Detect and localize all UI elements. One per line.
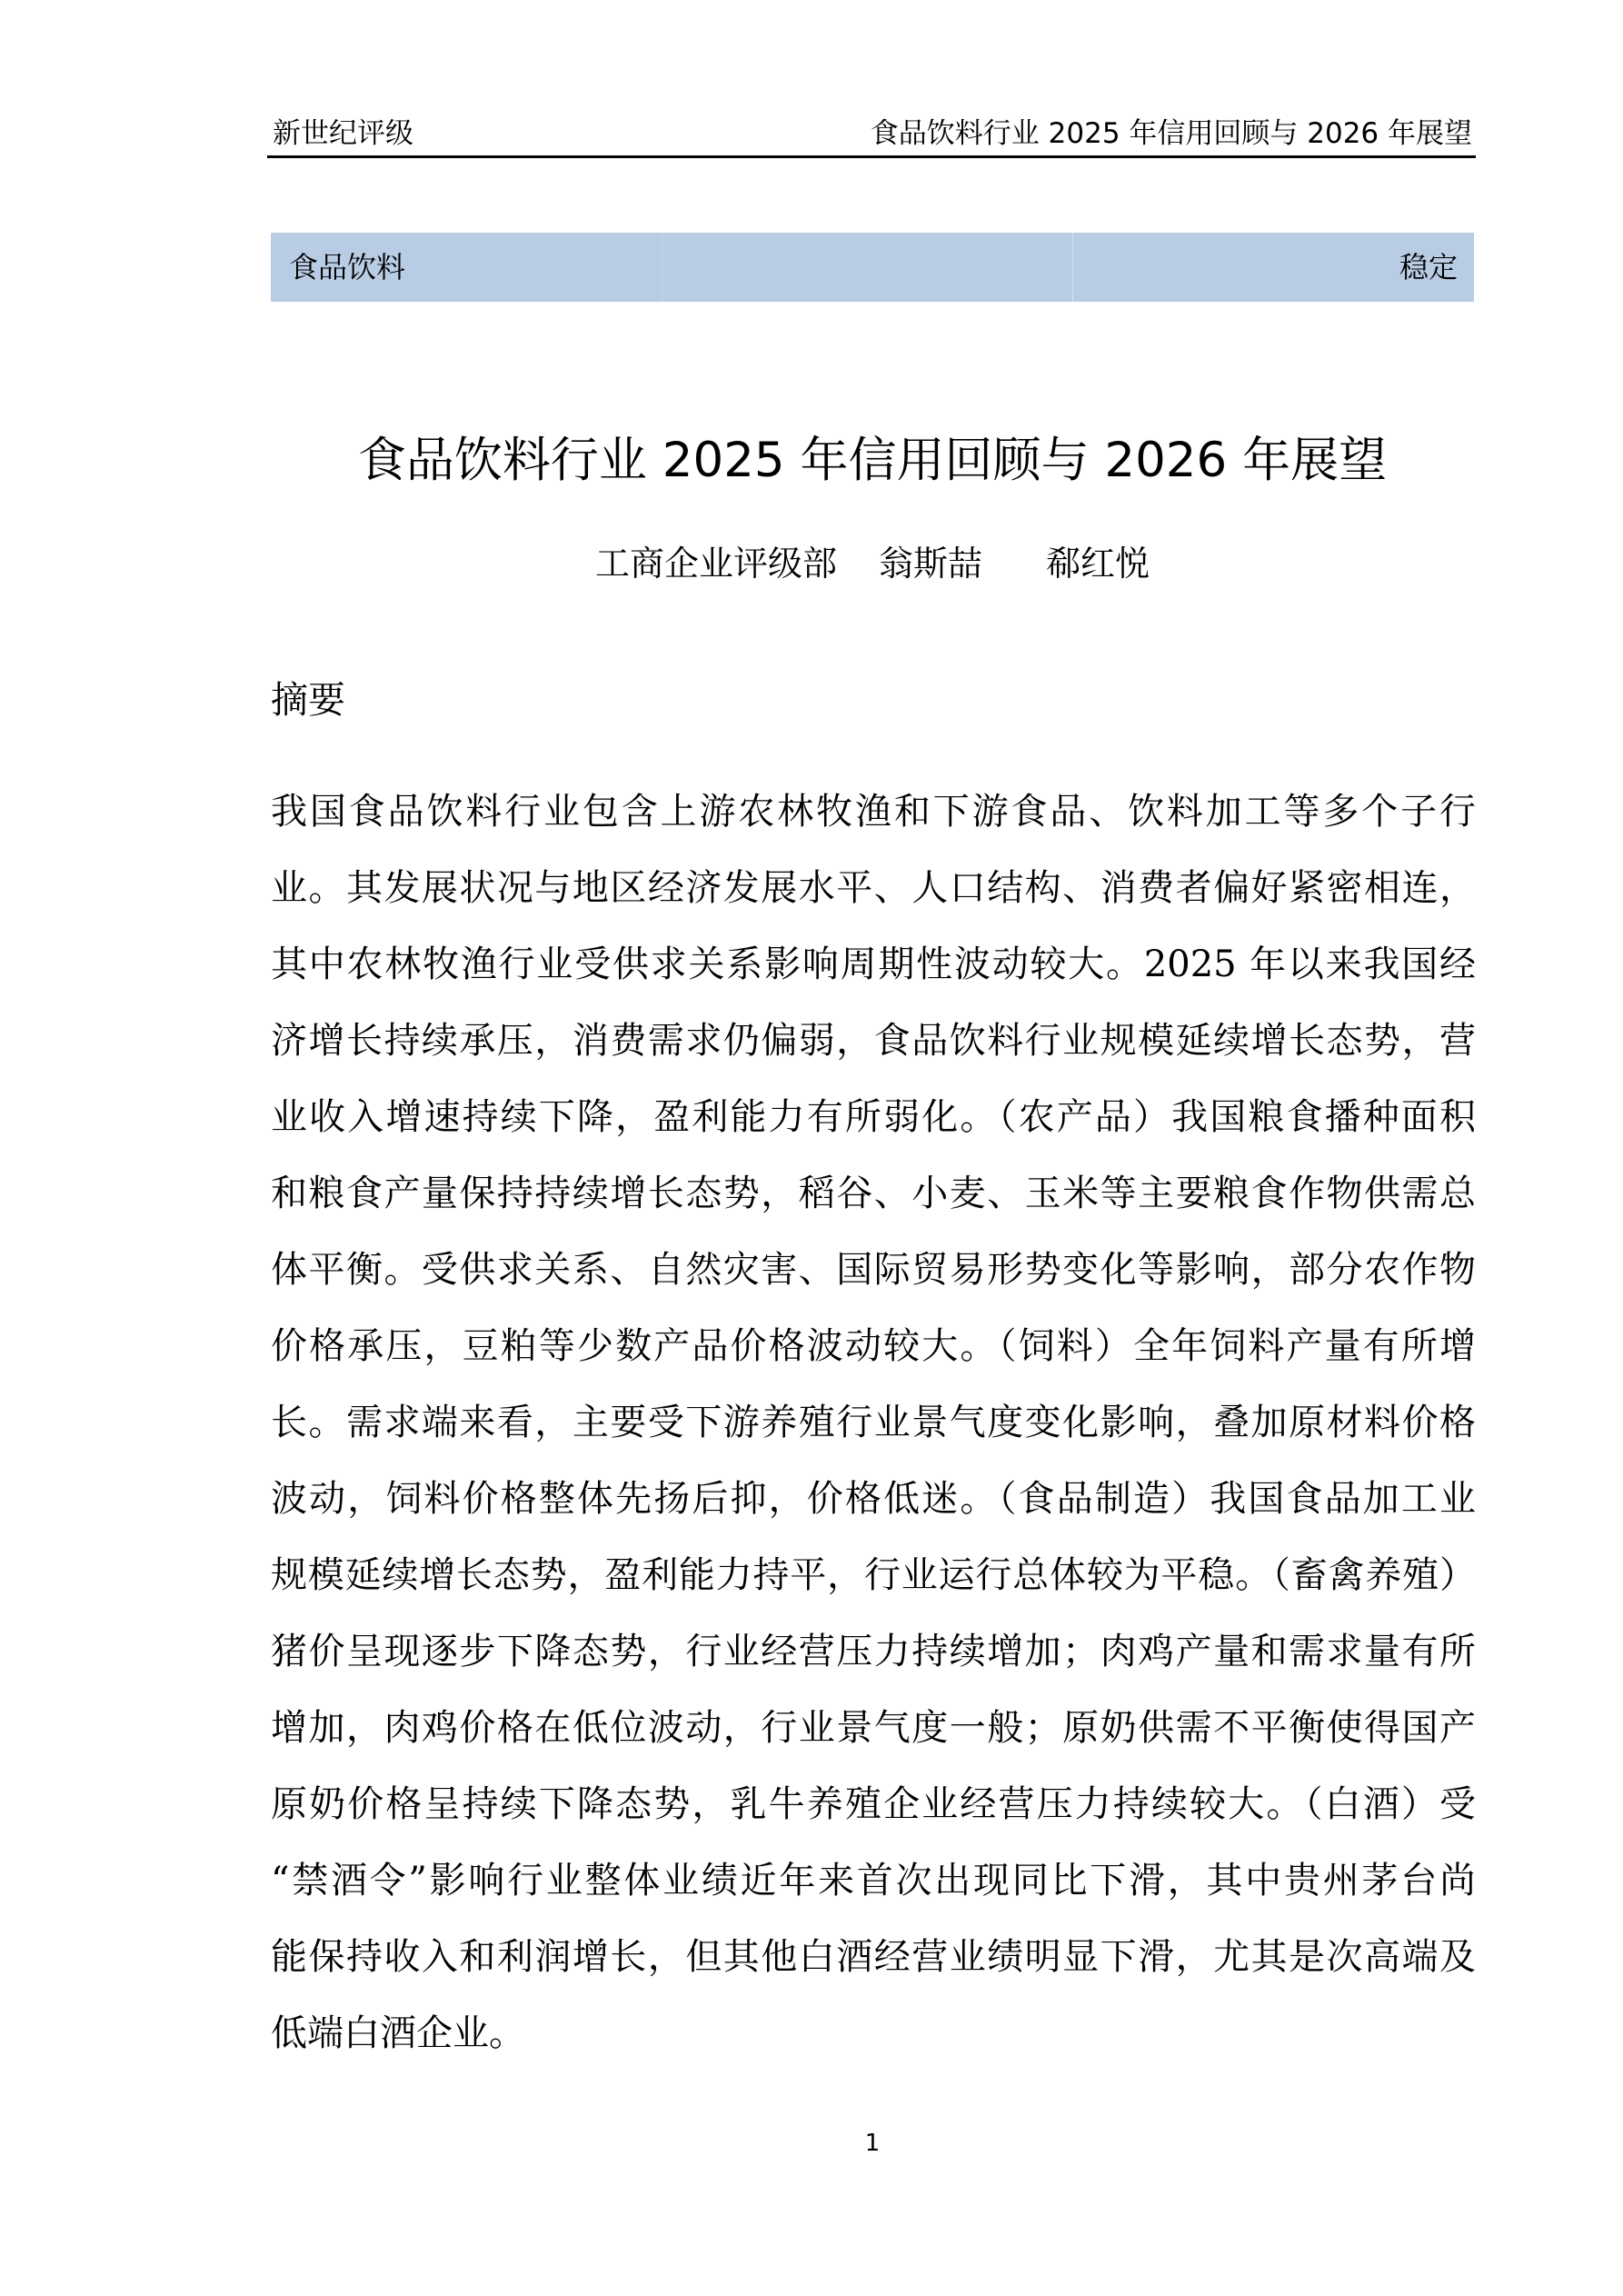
author-department: 工商企业评级部 — [595, 538, 837, 589]
abstract-line: 业。其发展状况与地区经济发展水平、人口结构、消费者偏好紧密相连， — [271, 850, 1476, 926]
abstract-body: 我国食品饮料行业包含上游农林牧渔和下游食品、饮料加工等多个子行 业。其发展状况与… — [271, 774, 1476, 2071]
page-number: 1 — [0, 2127, 1623, 2160]
abstract-line: 规模延续增长态势，盈利能力持平，行业运行总体较为平稳。（畜禽养殖） — [271, 1537, 1476, 1613]
industry-label: 食品饮料 — [289, 233, 405, 302]
abstract-line: 增加，肉鸡价格在低位波动，行业景气度一般；原奶供需不平衡使得国产 — [271, 1690, 1476, 1766]
band-divider — [1072, 233, 1073, 302]
abstract-line: 和粮食产量保持持续增长态势，稻谷、小麦、玉米等主要粮食作物供需总 — [271, 1155, 1476, 1232]
abstract-line: 业收入增速持续下降，盈利能力有所弱化。（农产品）我国粮食播种面积 — [271, 1079, 1476, 1155]
category-band: 食品饮料 稳定 — [271, 233, 1474, 302]
abstract-line: 能保持收入和利润增长，但其他白酒经营业绩明显下滑，尤其是次高端及 — [271, 1919, 1476, 1995]
authors-line: 工商企业评级部翁斯喆郗红悦 — [0, 538, 1623, 589]
abstract-line: 济增长持续承压，消费需求仍偏弱，食品饮料行业规模延续增长态势，营 — [271, 1003, 1476, 1079]
abstract-line: 低端白酒企业。 — [271, 1995, 1476, 2071]
abstract-line: 我国食品饮料行业包含上游农林牧渔和下游食品、饮料加工等多个子行 — [271, 774, 1476, 850]
abstract-line: 其中农林牧渔行业受供求关系影响周期性波动较大。2025 年以来我国经 — [271, 926, 1476, 1003]
abstract-line: “禁酒令”影响行业整体业绩近年来首次出现同比下滑，其中贵州茅台尚 — [271, 1842, 1476, 1919]
band-divider — [662, 233, 662, 302]
header-report-title: 食品饮料行业 2025 年信用回顾与 2026 年展望 — [871, 113, 1472, 155]
outlook-label: 稳定 — [1399, 233, 1458, 302]
header-rule — [267, 155, 1476, 158]
abstract-line: 体平衡。受供求关系、自然灾害、国际贸易形势变化等影响，部分农作物 — [271, 1232, 1476, 1308]
abstract-line: 价格承压，豆粕等少数产品价格波动较大。（饲料）全年饲料产量有所增 — [271, 1308, 1476, 1384]
running-header: 新世纪评级 食品饮料行业 2025 年信用回顾与 2026 年展望 — [269, 113, 1476, 155]
page-title: 食品饮料行业 2025 年信用回顾与 2026 年展望 — [0, 427, 1623, 494]
abstract-line: 长。需求端来看，主要受下游养殖行业景气度变化影响，叠加原材料价格 — [271, 1384, 1476, 1461]
header-publisher: 新世纪评级 — [273, 113, 413, 155]
author-name: 翁斯喆 — [879, 538, 982, 589]
abstract-line: 猪价呈现逐步下降态势，行业经营压力持续增加；肉鸡产量和需求量有所 — [271, 1613, 1476, 1690]
abstract-line: 波动，饲料价格整体先扬后抑，价格低迷。（食品制造）我国食品加工业 — [271, 1461, 1476, 1537]
author-name: 郗红悦 — [1046, 538, 1150, 589]
abstract-line: 原奶价格呈持续下降态势，乳牛养殖企业经营压力持续较大。（白酒）受 — [271, 1766, 1476, 1842]
section-heading-abstract: 摘要 — [271, 673, 345, 727]
